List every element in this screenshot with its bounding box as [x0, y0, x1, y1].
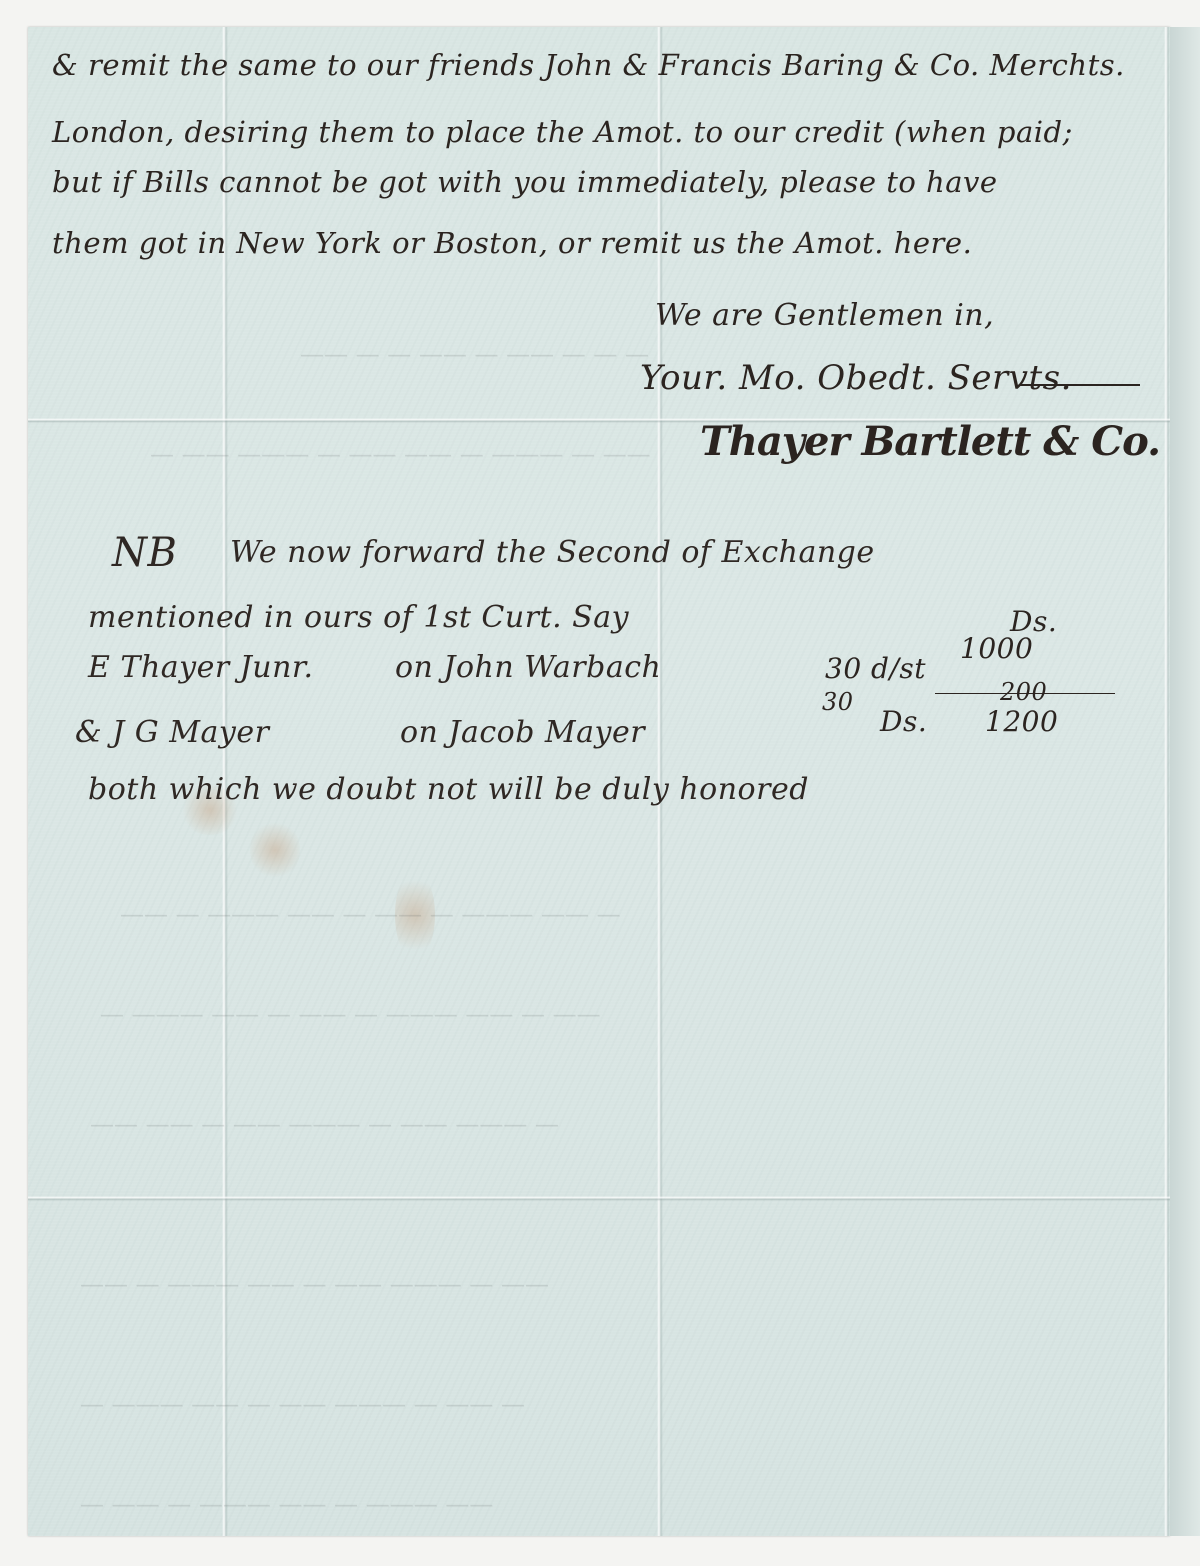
- bill-2-amount: 200: [1000, 678, 1047, 706]
- bleed-through-text: — ——— —— — ——— —— — —— ——: [90, 1110, 559, 1138]
- bill-2-drawer: & J G Mayer: [75, 715, 269, 750]
- paper-edge-strip: [1170, 27, 1200, 1536]
- fold-crease-vertical-right: [1164, 27, 1170, 1536]
- letter-body-line-2: London, desiring them to place the Amot.…: [52, 115, 1073, 149]
- total-currency-label: Ds.: [880, 705, 927, 738]
- letter-body-line-4: them got in New York or Boston, or remit…: [52, 226, 972, 260]
- closing-underline: [1020, 384, 1140, 386]
- bill-2-term: 30: [822, 688, 854, 716]
- bill-1-drawer: E Thayer Junr.: [88, 650, 313, 685]
- total-amount: 1200: [985, 705, 1058, 738]
- letter-body-line-1: & remit the same to our friends John & F…: [52, 48, 1125, 82]
- letter-body-line-3: but if Bills cannot be got with you imme…: [52, 165, 998, 199]
- bill-1-drawee: on John Warbach: [395, 650, 661, 685]
- bleed-through-text: —— ——— — —— ——— — —— —: [80, 1490, 493, 1518]
- bleed-through-text: — —— ——— — —— — —— ——— — ——: [120, 900, 621, 928]
- sum-rule: [935, 693, 1115, 694]
- closing-servants: Your. Mo. Obedt. Servts.: [640, 358, 1072, 398]
- signature: Thayer Bartlett & Co.: [700, 418, 1160, 465]
- postscript-line-1: We now forward the Second of Exchange: [230, 535, 875, 570]
- foxing-stain: [250, 820, 300, 880]
- bleed-through-text: —— — ——— — —— —— — ——— —— —: [150, 440, 651, 468]
- postscript-closing-line: both which we doubt not will be duly hon…: [88, 772, 809, 807]
- bleed-through-text: —— — ——— —— — —— ——— — ——: [80, 1270, 549, 1298]
- postscript-label: NB: [112, 530, 177, 576]
- bleed-through-text: — — — —— — —— — — ——: [300, 340, 649, 368]
- bleed-through-text: — —— — ——— —— — —— ——— —: [80, 1390, 525, 1418]
- bill-1-amount: 1000: [960, 632, 1033, 665]
- fold-crease-horizontal-lower: [28, 1196, 1170, 1201]
- bill-1-term: 30 d/st: [825, 652, 926, 685]
- postscript-line-2: mentioned in ours of 1st Curt. Say: [88, 600, 629, 635]
- bleed-through-text: —— — —— ——— — —— — —— ——— —: [100, 1000, 601, 1028]
- bill-2-drawee: on Jacob Mayer: [400, 715, 645, 750]
- closing-salutation: We are Gentlemen in,: [655, 298, 994, 333]
